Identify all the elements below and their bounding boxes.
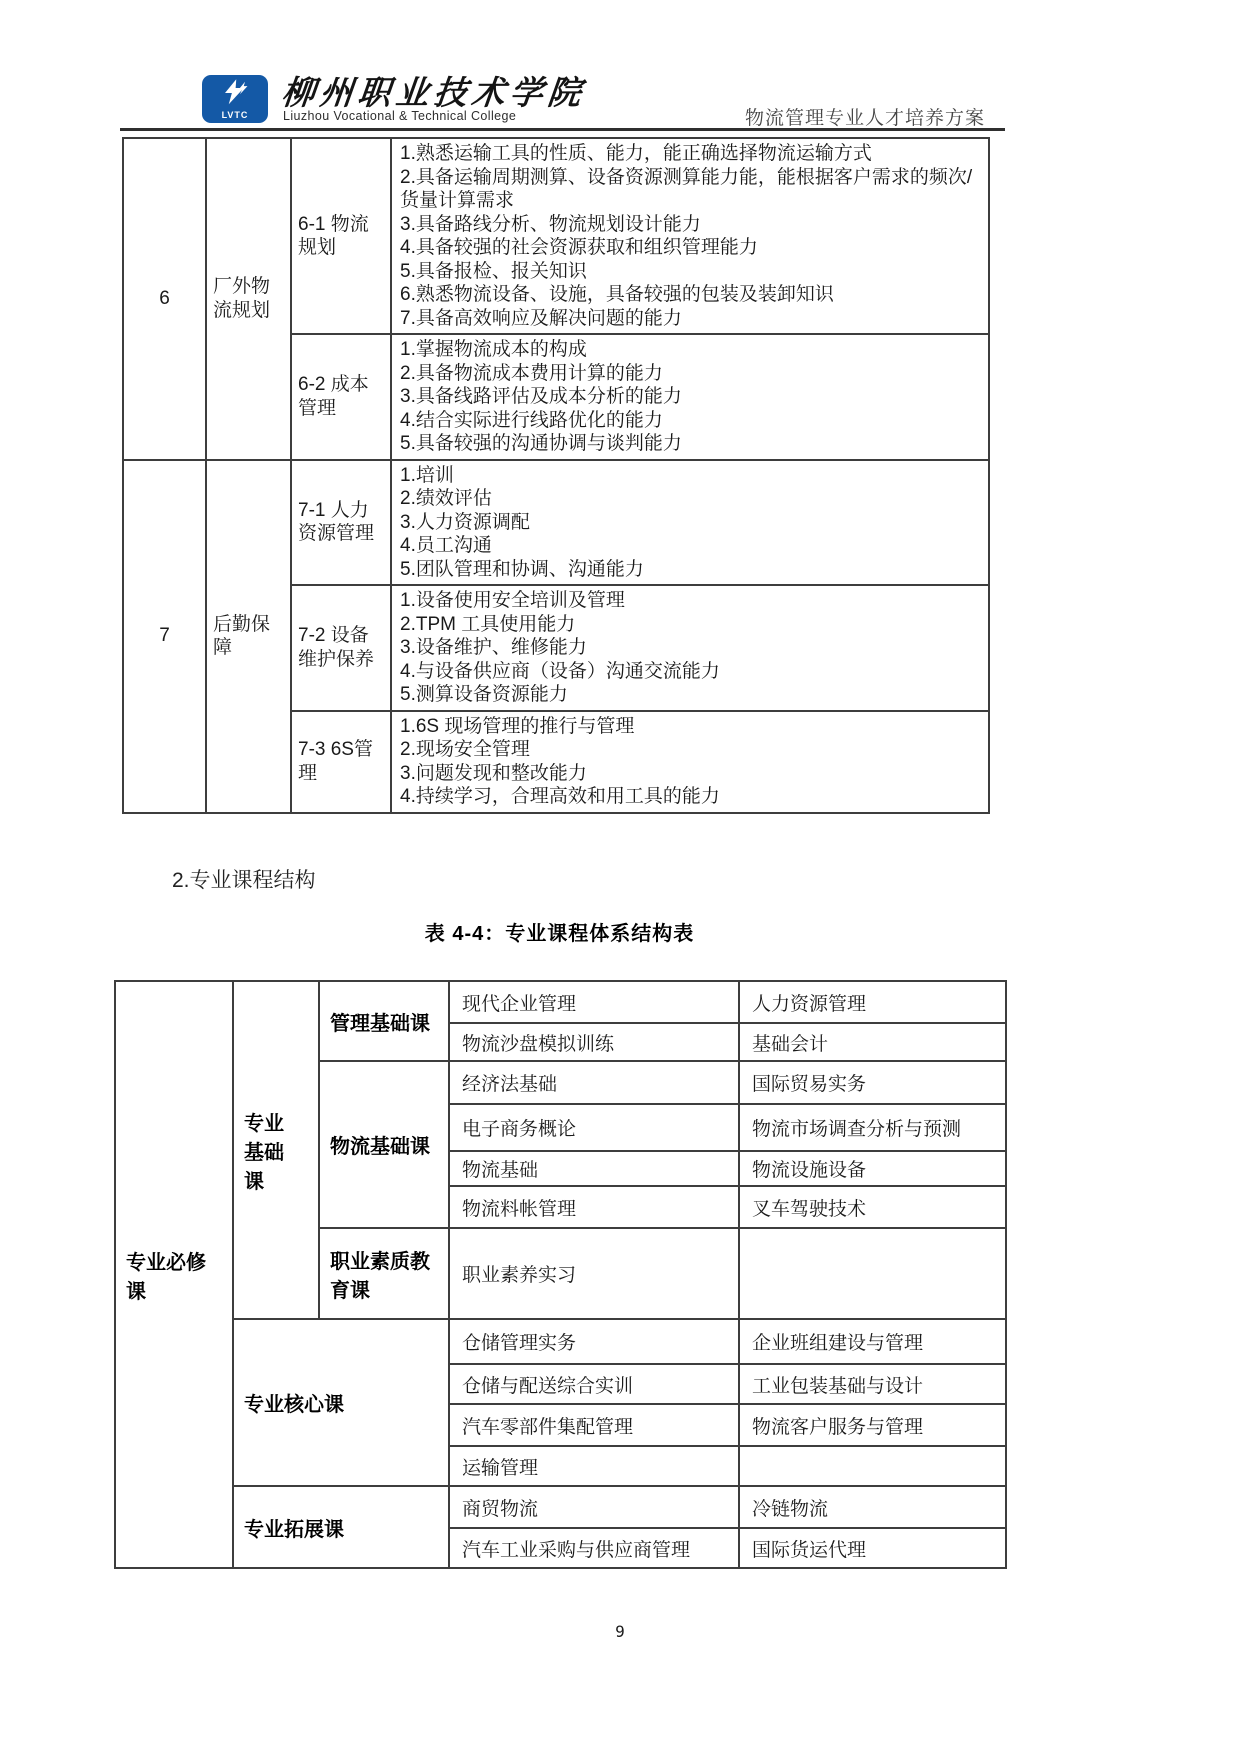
course-cell: 汽车零部件集配管理 — [449, 1404, 739, 1446]
course-subgroup-mgmt: 管理基础课 — [319, 981, 449, 1061]
competency-sub-7-2: 7-2 设备维护保养 — [291, 585, 391, 711]
course-cell: 国际贸易实务 — [739, 1061, 1006, 1104]
course-cell: 现代企业管理 — [449, 981, 739, 1023]
competency-items-6-2: 1.掌握物流成本的构成 2.具备物流成本费用计算的能力 3.具备线路评估及成本分… — [391, 334, 989, 460]
page-number: 9 — [0, 1622, 1240, 1641]
course-cell: 国际货运代理 — [739, 1528, 1006, 1568]
competency-items-7-3: 1.6S 现场管理的推行与管理 2.现场安全管理 3.问题发现和整改能力 4.持… — [391, 711, 989, 813]
competency-row-no-7: 7 — [123, 460, 206, 813]
course-cell: 物流基础 — [449, 1151, 739, 1186]
course-cell: 职业素养实习 — [449, 1228, 739, 1319]
document-title: 物流管理专业人才培养方案 — [745, 103, 985, 130]
course-group-basic-label: 专业基础课 — [244, 1107, 288, 1194]
course-cell — [739, 1228, 1006, 1319]
competency-area-6: 厂外物流规划 — [206, 138, 291, 460]
course-cell: 叉车驾驶技术 — [739, 1186, 1006, 1228]
course-cell — [739, 1446, 1006, 1486]
course-cell: 仓储与配送综合实训 — [449, 1364, 739, 1404]
section-heading: 2.专业课程结构 — [172, 864, 316, 894]
competency-items-7-1: 1.培训 2.绩效评估 3.人力资源调配 4.员工沟通 5.团队管理和协调、沟通… — [391, 460, 989, 586]
competency-items-7-2: 1.设备使用安全培训及管理 2.TPM 工具使用能力 3.设备维护、维修能力 4… — [391, 585, 989, 711]
course-cell: 仓储管理实务 — [449, 1319, 739, 1364]
course-cell: 物流设施设备 — [739, 1151, 1006, 1186]
competency-sub-7-3: 7-3 6S管理 — [291, 711, 391, 813]
course-cell: 商贸物流 — [449, 1486, 739, 1528]
header-divider — [120, 128, 1005, 131]
course-cell: 基础会计 — [739, 1023, 1006, 1061]
course-cell: 物流客户服务与管理 — [739, 1404, 1006, 1446]
competency-sub-7-1: 7-1 人力资源管理 — [291, 460, 391, 586]
course-group-required: 专业必修课 — [115, 981, 233, 1568]
competency-items-6-1: 1.熟悉运输工具的性质、能力，能正确选择物流运输方式 2.具备运输周期测算、设备… — [391, 138, 989, 334]
course-cell: 冷链物流 — [739, 1486, 1006, 1528]
competency-table: 6 厂外物流规划 6-1 物流规划 1.熟悉运输工具的性质、能力，能正确选择物流… — [122, 137, 990, 814]
course-cell: 物流市场调查分析与预测 — [739, 1104, 1006, 1151]
course-table: 专业必修课 专业基础课 管理基础课 现代企业管理 人力资源管理 物流沙盘模拟训练… — [114, 980, 1007, 1569]
competency-row-no-6: 6 — [123, 138, 206, 460]
course-group-basic: 专业基础课 — [233, 981, 319, 1319]
page-header: LVTC 柳州职业技术学院 Liuzhou Vocational & Techn… — [120, 73, 1005, 128]
competency-sub-6-2: 6-2 成本管理 — [291, 334, 391, 460]
document-page: LVTC 柳州职业技术学院 Liuzhou Vocational & Techn… — [0, 0, 1240, 1754]
lightning-icon — [219, 78, 251, 108]
course-subgroup-quality: 职业素质教育课 — [319, 1228, 449, 1319]
course-table-title: 表 4-4：专业课程体系结构表 — [114, 917, 1005, 946]
lvtc-logo: LVTC — [202, 75, 268, 123]
course-cell: 运输管理 — [449, 1446, 739, 1486]
course-group-core: 专业核心课 — [233, 1319, 449, 1486]
logo-abbr: LVTC — [202, 110, 268, 120]
course-subgroup-logistics: 物流基础课 — [319, 1061, 449, 1228]
course-cell: 经济法基础 — [449, 1061, 739, 1104]
course-cell: 物流沙盘模拟训练 — [449, 1023, 739, 1061]
competency-area-7: 后勤保障 — [206, 460, 291, 813]
course-group-expand: 专业拓展课 — [233, 1486, 449, 1568]
course-cell: 企业班组建设与管理 — [739, 1319, 1006, 1364]
college-name-en: Liuzhou Vocational & Technical College — [283, 109, 516, 123]
competency-sub-6-1: 6-1 物流规划 — [291, 138, 391, 334]
course-cell: 工业包装基础与设计 — [739, 1364, 1006, 1404]
course-cell: 物流料帐管理 — [449, 1186, 739, 1228]
course-cell: 人力资源管理 — [739, 981, 1006, 1023]
course-cell: 汽车工业采购与供应商管理 — [449, 1528, 739, 1568]
course-cell: 电子商务概论 — [449, 1104, 739, 1151]
college-name-cn: 柳州职业技术学院 — [280, 67, 589, 114]
